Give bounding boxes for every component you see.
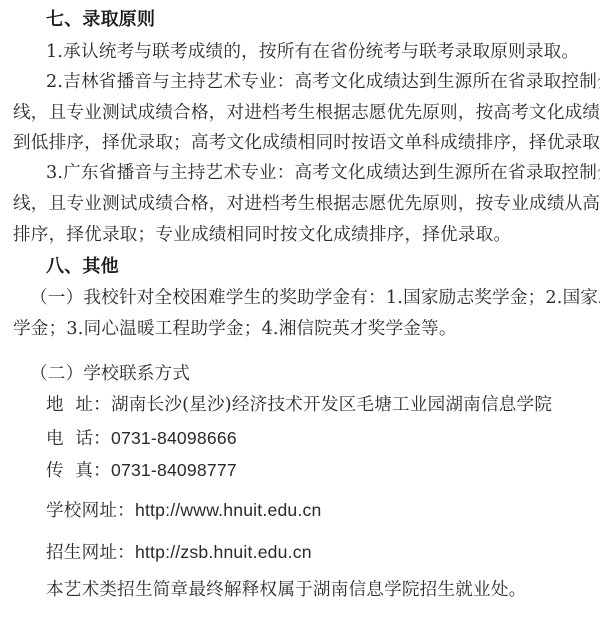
contact-subheading: （二）学校联系方式 — [30, 363, 190, 385]
phone-row: 电 话：0731-84098666 — [46, 427, 237, 450]
address-label: 地 址： — [46, 395, 111, 415]
school-website-row: 学校网址：http://www.hnuit.edu.cn — [46, 499, 322, 522]
rule-item-3-line-3: 排序，择优录取；专业成绩相同时按文化成绩排序，择优录取。 — [13, 224, 511, 246]
school-website-link[interactable]: http://www.hnuit.edu.cn — [135, 500, 322, 520]
rule-item-2-line-2: 线，且专业测试成绩合格，对进档考生根据志愿优先原则，按高考文化成绩从高 — [13, 102, 585, 124]
scholarship-line-2: 学金；3.同心温暖工程助学金；4.湘信院英才奖学金等。 — [13, 318, 457, 340]
rule-item-2-line-3: 到低排序，择优录取；高考文化成绩相同时按语文单科成绩排序，择优录取。 — [13, 132, 585, 154]
section-7-heading: 七、录取原则 — [46, 9, 155, 31]
footer-note: 本艺术类招生简章最终解释权属于湖南信息学院招生就业处。 — [46, 579, 526, 601]
fax-label: 传 真： — [46, 461, 111, 481]
admission-website-link[interactable]: http://zsb.hnuit.edu.cn — [135, 542, 312, 562]
phone-value: 0731-84098666 — [111, 428, 237, 448]
rule-item-1: 1.承认统考与联考成绩的，按所有在省份统考与联考录取原则录取。 — [46, 41, 579, 63]
address-row: 地 址：湖南长沙(星沙)经济技术开发区毛塘工业园湖南信息学院 — [46, 394, 552, 416]
section-8-heading: 八、其他 — [46, 256, 119, 278]
fax-value: 0731-84098777 — [111, 460, 237, 480]
phone-label: 电 话： — [46, 429, 111, 449]
scholarship-line-1: （一）我校针对全校困难学生的奖助学金有：1.国家励志奖学金；2.国家助 — [30, 287, 585, 309]
rule-item-2-line-1: 2.吉林省播音与主持艺术专业：高考文化成绩达到生源所在省录取控制分数 — [46, 71, 585, 93]
admission-website-row: 招生网址：http://zsb.hnuit.edu.cn — [46, 541, 312, 564]
fax-row: 传 真：0731-84098777 — [46, 459, 237, 482]
school-website-label: 学校网址： — [46, 501, 135, 521]
rule-item-3-line-1: 3.广东省播音与主持艺术专业：高考文化成绩达到生源所在省录取控制分数 — [46, 162, 585, 184]
admission-website-label: 招生网址： — [46, 543, 135, 563]
rule-item-3-line-2: 线，且专业测试成绩合格，对进档考生根据志愿优先原则，按专业成绩从高到低 — [13, 193, 585, 215]
address-value: 湖南长沙(星沙)经济技术开发区毛塘工业园湖南信息学院 — [111, 395, 552, 415]
